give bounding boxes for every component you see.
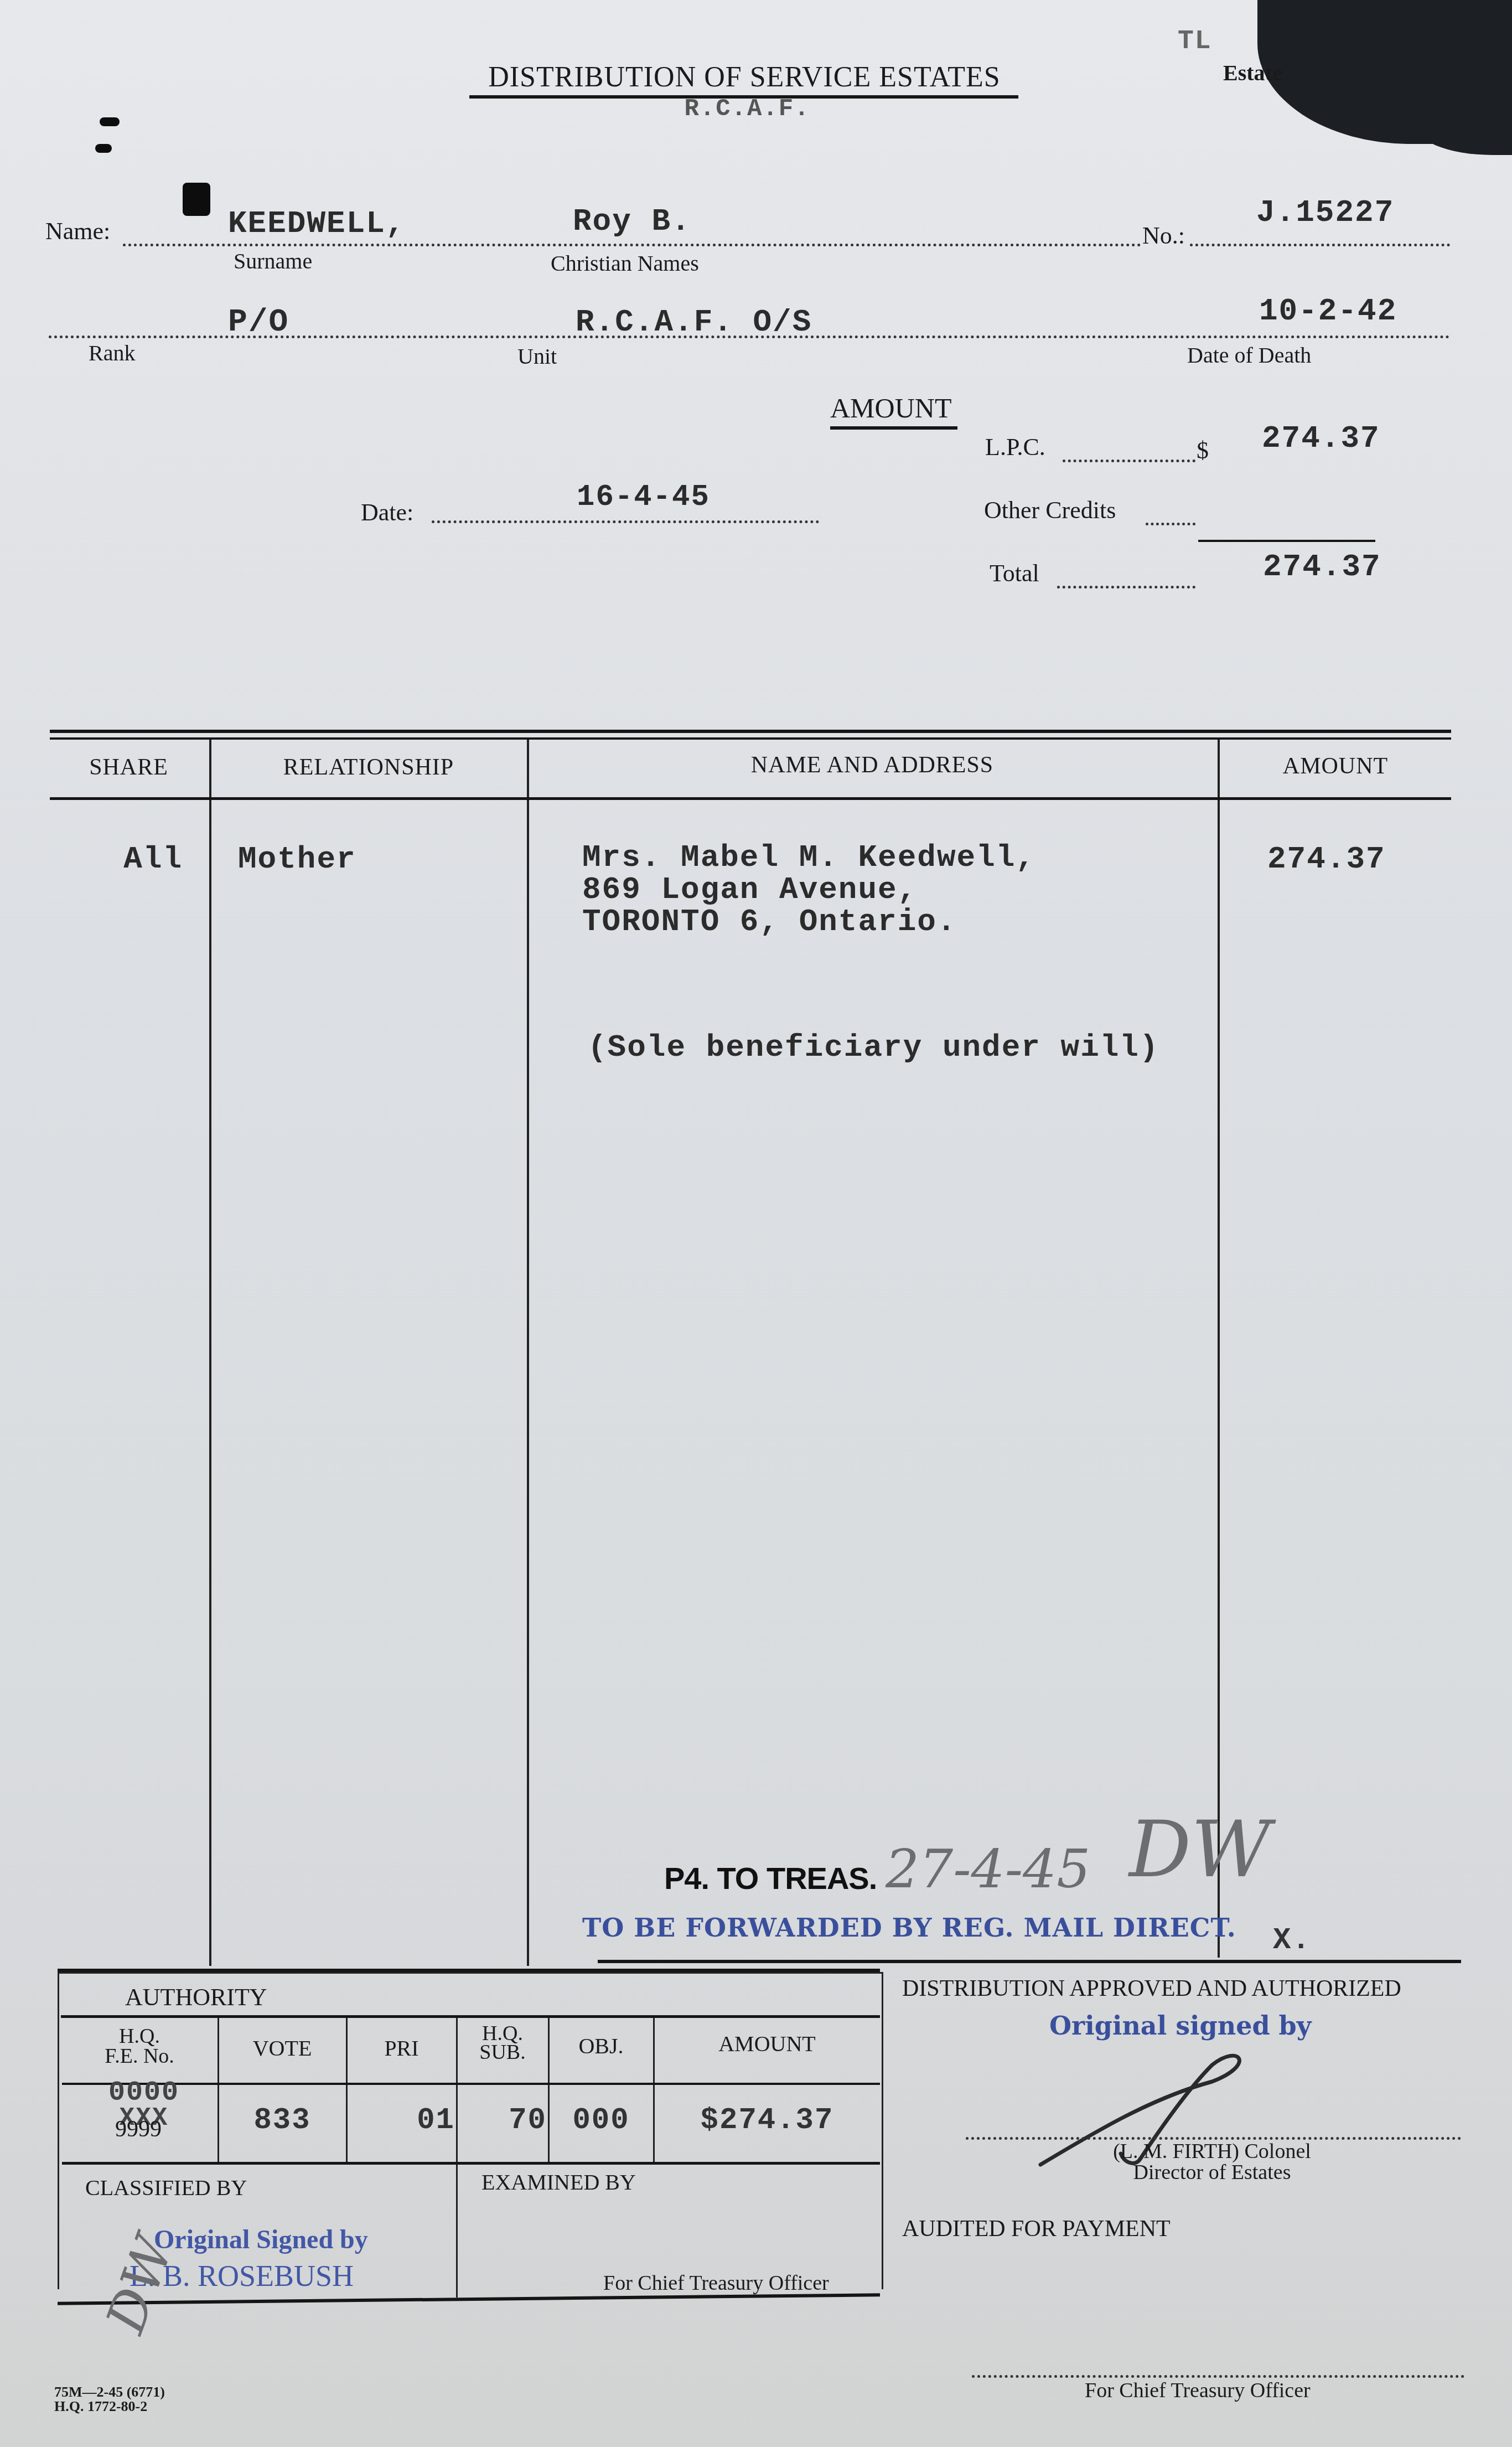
approval-signatory-title: Director of Estates bbox=[963, 2160, 1461, 2185]
obj-value: 000 bbox=[550, 2104, 652, 2138]
lpc-dotted-line bbox=[1063, 460, 1195, 462]
service-number-value: J.15227 bbox=[1256, 195, 1394, 230]
beneficiary-name: Mrs. Mabel M. Keedwell, bbox=[582, 842, 1035, 874]
punch-hole bbox=[95, 144, 112, 153]
table-top-rule bbox=[50, 730, 1451, 733]
audited-label: AUDITED FOR PAYMENT bbox=[902, 2216, 1171, 2242]
authority-heading: AUTHORITY bbox=[125, 1983, 267, 2011]
amount-heading-underline bbox=[830, 426, 957, 430]
total-label: Total bbox=[990, 559, 1039, 587]
other-credits-label: Other Credits bbox=[984, 496, 1116, 524]
amount-cell: 274.37 bbox=[1267, 842, 1386, 877]
authority-lower-rule bbox=[62, 2162, 880, 2165]
column-header-relationship: RELATIONSHIP bbox=[211, 754, 526, 781]
table-header-rule bbox=[50, 797, 1451, 800]
form-subtitle: R.C.A.F. bbox=[609, 95, 886, 123]
examined-by-footer: For Chief Treasury Officer bbox=[603, 2271, 829, 2295]
column-header-share: SHARE bbox=[50, 754, 208, 781]
fe-no-bottom: 9999 bbox=[115, 2116, 162, 2143]
number-label: No.: bbox=[1142, 221, 1185, 250]
handwritten-initials: DW bbox=[1129, 1805, 1271, 1895]
unit-caption: Unit bbox=[517, 343, 557, 369]
lpc-value: 274.37 bbox=[1262, 421, 1380, 456]
share-cell: All bbox=[50, 842, 183, 877]
torn-corner-edge bbox=[1412, 100, 1512, 155]
form-title: DISTRIBUTION OF SERVICE ESTATES bbox=[465, 61, 1024, 94]
column-header-amount: AMOUNT bbox=[1220, 753, 1451, 779]
estate-label: Estate bbox=[1223, 60, 1282, 86]
date-of-death-caption: Date of Death bbox=[1187, 342, 1311, 368]
examined-by-label: EXAMINED BY bbox=[481, 2169, 636, 2195]
classified-by-label: CLASSIFIED BY bbox=[85, 2175, 247, 2201]
column-header-name-address: NAME AND ADDRESS bbox=[529, 752, 1215, 778]
christian-names-caption: Christian Names bbox=[551, 250, 699, 276]
authority-top-rule bbox=[58, 1969, 880, 1972]
vote-value: 833 bbox=[219, 2104, 345, 2138]
total-value: 274.37 bbox=[1263, 549, 1381, 585]
classified-stamp-line1: Original Signed by bbox=[154, 2224, 368, 2255]
date-of-death-value: 10-2-42 bbox=[1259, 293, 1397, 329]
auth-col-obj: OBJ. bbox=[550, 2033, 652, 2059]
col-divider-share bbox=[209, 740, 211, 1966]
rank-caption: Rank bbox=[89, 340, 135, 366]
amount-heading: AMOUNT bbox=[830, 392, 951, 424]
other-credits-dotted-line bbox=[1146, 523, 1195, 525]
treasury-stamp: P4. TO TREAS. bbox=[664, 1860, 877, 1896]
name-dotted-line bbox=[123, 244, 1141, 246]
currency-symbol: $ bbox=[1197, 436, 1209, 464]
authority-header-rule bbox=[61, 2015, 880, 2018]
x-mark: X. bbox=[1273, 1924, 1311, 1958]
approval-heading: DISTRIBUTION APPROVED AND AUTHORIZED bbox=[902, 1975, 1401, 2002]
punch-hole bbox=[100, 117, 120, 126]
lpc-label: L.P.C. bbox=[985, 433, 1045, 461]
form-code: 75M—2-45 (6771) H.Q. 1772-80-2 bbox=[54, 2385, 165, 2414]
auth-col-vote: VOTE bbox=[219, 2035, 345, 2061]
auth-amount-value: $274.37 bbox=[655, 2104, 879, 2138]
name-address-cell: Mrs. Mabel M. Keedwell, 869 Logan Avenue… bbox=[582, 842, 1035, 938]
audited-footer: For Chief Treasury Officer bbox=[1085, 2378, 1311, 2403]
surname-caption: Surname bbox=[234, 248, 312, 274]
relationship-cell: Mother bbox=[238, 842, 356, 877]
pri-value: 01 bbox=[348, 2104, 455, 2138]
christian-names-value: Roy B. bbox=[573, 204, 691, 239]
date-label: Date: bbox=[361, 498, 413, 526]
auth-col-amount: AMOUNT bbox=[655, 2031, 879, 2057]
auth-col-divider bbox=[456, 2018, 458, 2298]
auth-col-pri: PRI bbox=[348, 2035, 455, 2061]
mail-stamp: TO BE FORWARDED BY REG. MAIL DIRECT. bbox=[582, 1913, 1236, 1943]
beneficiary-note: (Sole beneficiary under will) bbox=[588, 1030, 1159, 1065]
beneficiary-city: TORONTO 6, Ontario. bbox=[582, 906, 1035, 938]
auth-col-hq-sub: H.Q. SUB. bbox=[458, 2024, 547, 2062]
unit-value: R.C.A.F. O/S bbox=[576, 304, 812, 340]
surname-value: KEEDWELL, bbox=[228, 206, 405, 241]
number-dotted-line bbox=[1190, 244, 1450, 246]
punch-hole bbox=[183, 183, 210, 216]
hq-sub-value: 70 bbox=[458, 2104, 547, 2138]
date-dotted-line bbox=[432, 520, 819, 523]
table-top-rule-2 bbox=[50, 737, 1451, 740]
approval-top-rule bbox=[598, 1960, 1461, 1963]
auth-col-divider bbox=[653, 2018, 655, 2163]
date-value: 16-4-45 bbox=[577, 481, 710, 514]
authority-bottom-rule bbox=[58, 2293, 880, 2305]
audited-signature-line bbox=[972, 2375, 1464, 2378]
approval-stamp: Original signed by bbox=[1049, 2011, 1311, 2041]
col-divider-address bbox=[1218, 740, 1220, 1958]
col-divider-relationship bbox=[527, 740, 529, 1966]
corner-mark: TL bbox=[1178, 27, 1212, 56]
total-dotted-line bbox=[1057, 586, 1195, 588]
handwritten-date: 27-4-45 bbox=[886, 1838, 1090, 1900]
subtotal-rule bbox=[1198, 540, 1375, 542]
name-label: Name: bbox=[45, 217, 110, 245]
auth-col-fe-no: H.Q. F.E. No. bbox=[62, 2026, 217, 2066]
auth-col-divider bbox=[548, 2018, 550, 2163]
rank-dotted-line bbox=[49, 335, 1450, 338]
beneficiary-street: 869 Logan Avenue, bbox=[582, 874, 1035, 906]
